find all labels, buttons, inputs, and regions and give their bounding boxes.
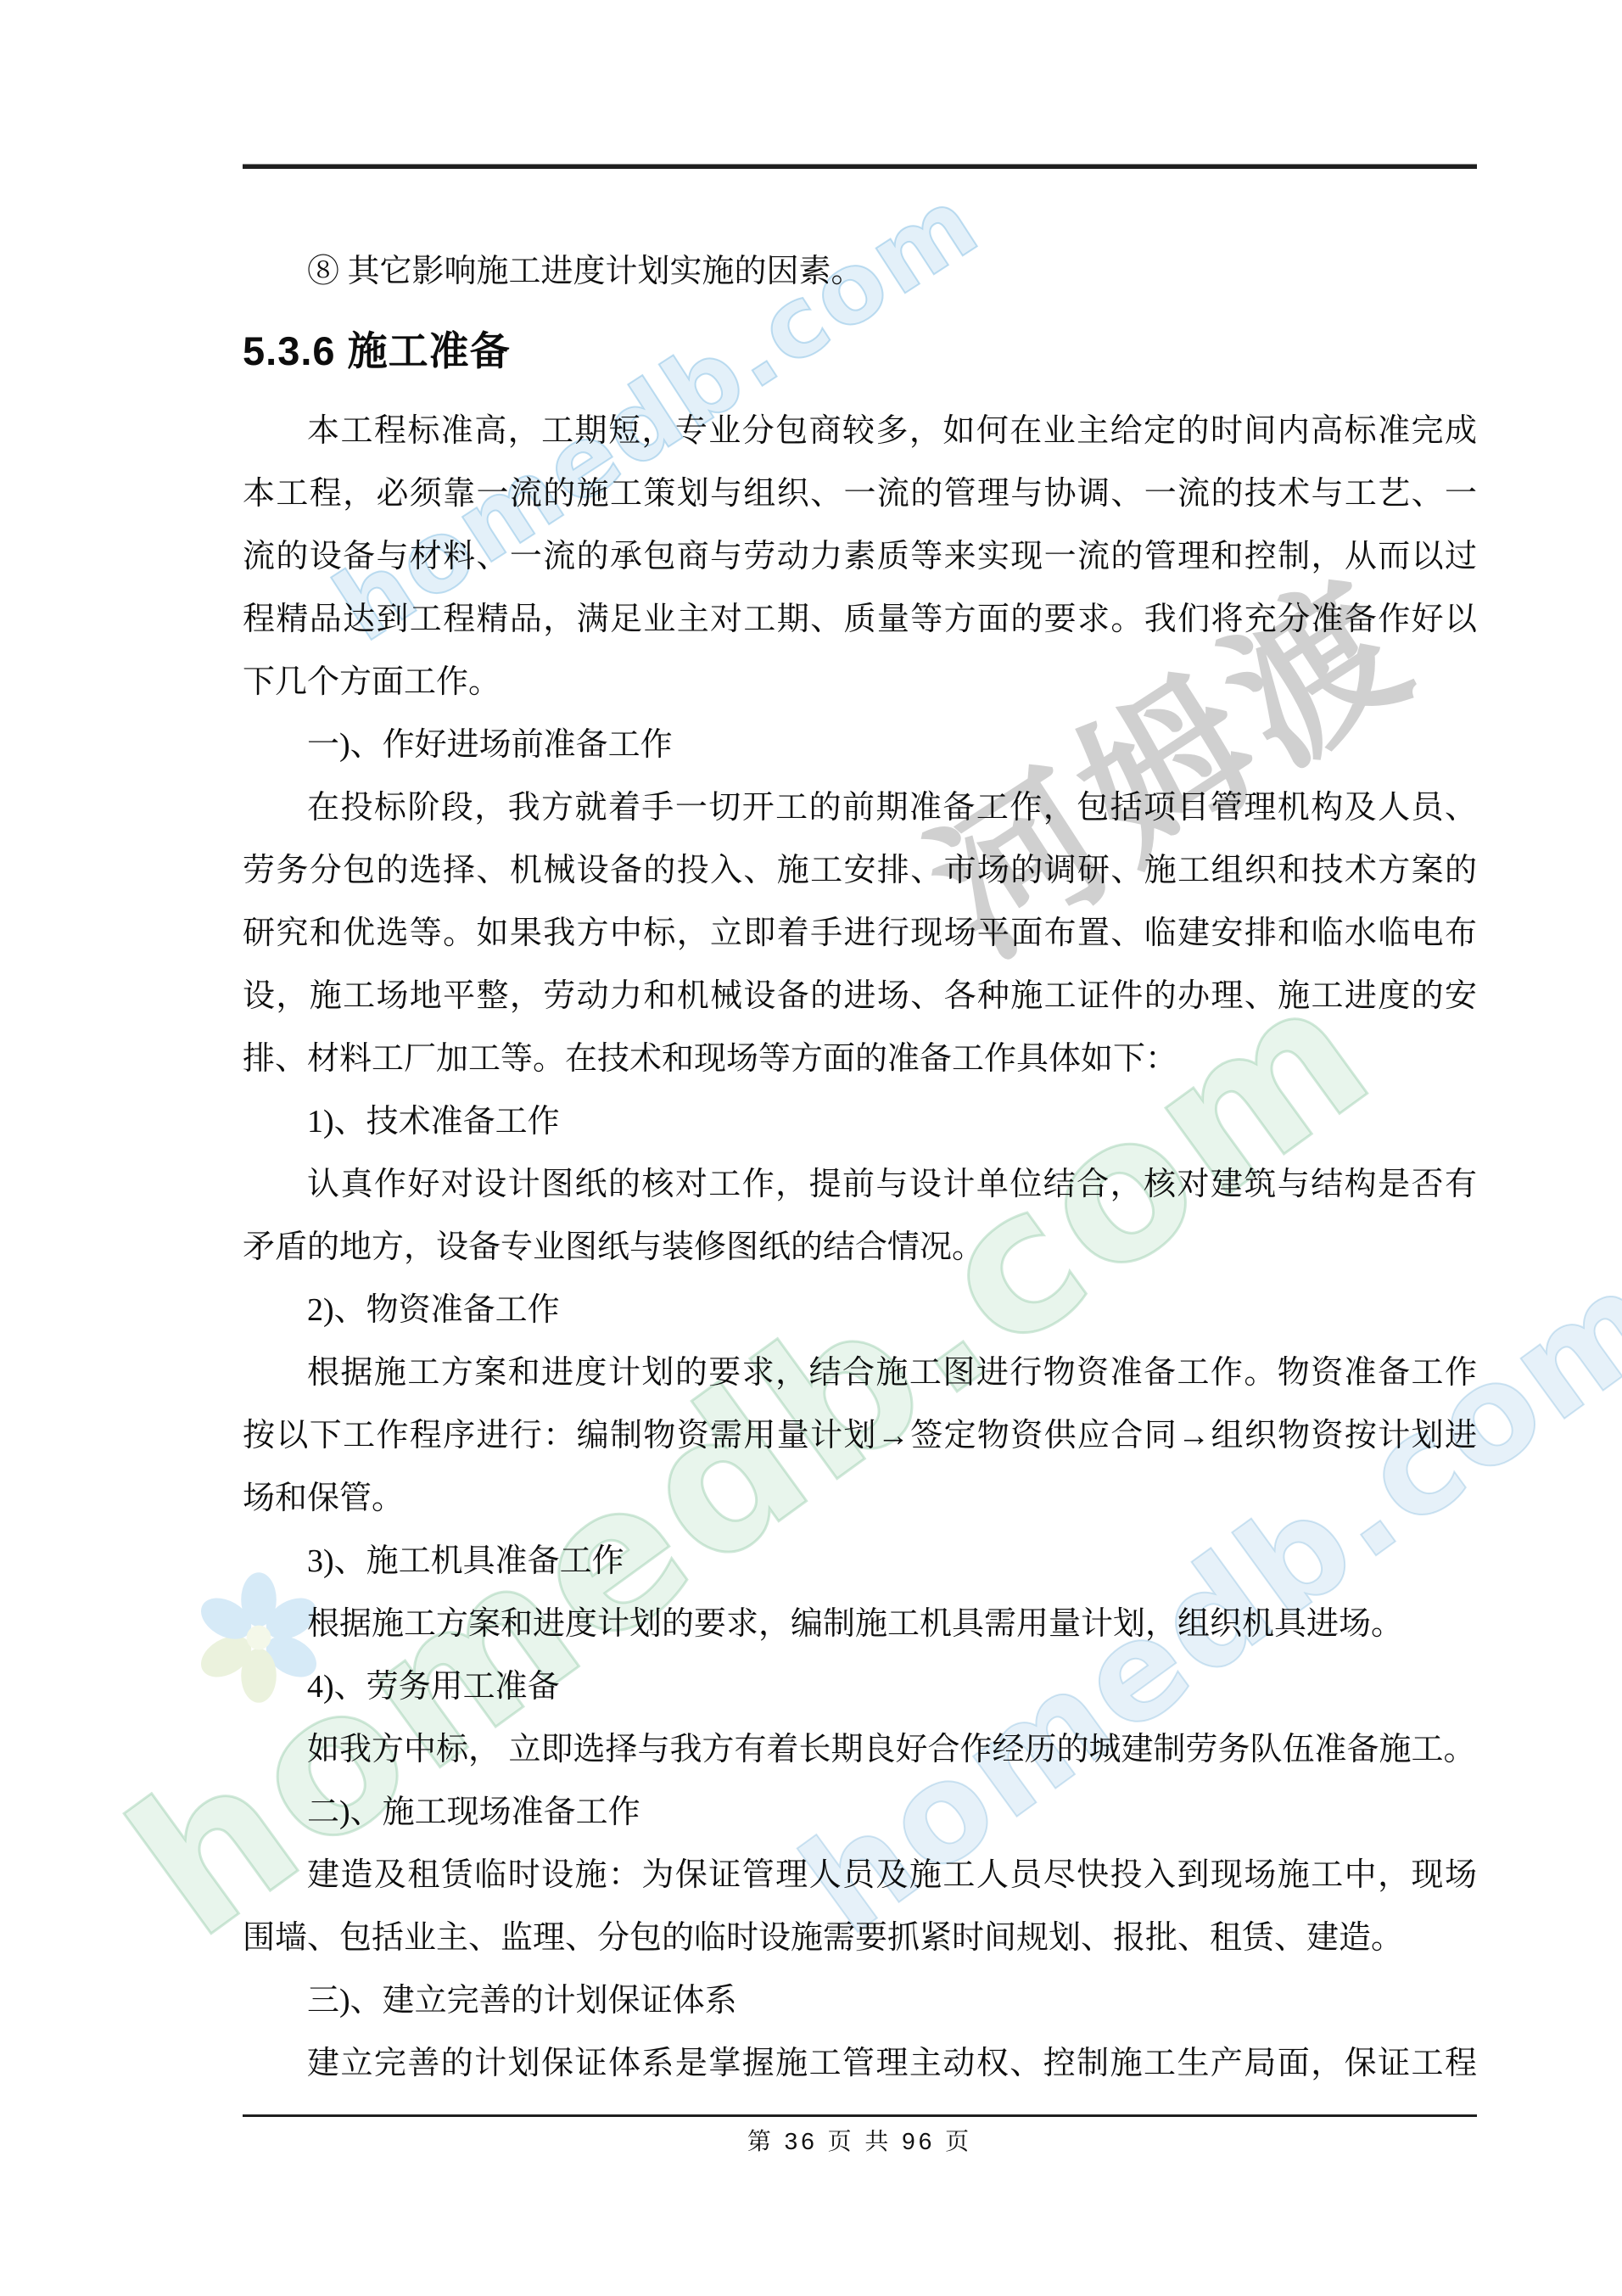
header-rule: [243, 164, 1477, 169]
text-line: 2)、物资准备工作: [243, 1279, 1477, 1341]
text-line: 流的设备与材料、一流的承包商与劳动力素质等来实现一流的管理和控制，从而以过: [243, 525, 1477, 588]
text-line: 本工程，必须靠一流的施工策划与组织、一流的管理与协调、一流的技术与工艺、一: [243, 462, 1477, 525]
text-line: 4)、劳务用工准备: [243, 1655, 1477, 1718]
document-body: ⑧ 其它影响施工进度计划实施的因素。5.3.6 施工准备本工程标准高，工期短，专…: [243, 240, 1477, 2095]
text-line: 一)、作好进场前准备工作: [243, 714, 1477, 776]
text-line: 研究和优选等。如果我方中标，立即着手进行现场平面布置、临建安排和临水临电布: [243, 902, 1477, 965]
text-line: 二)、施工现场准备工作: [243, 1781, 1477, 1844]
text-line: 1)、技术准备工作: [243, 1090, 1477, 1153]
text-line: 三)、建立完善的计划保证体系: [243, 1969, 1477, 2032]
text-line: 建造及租赁临时设施：为保证管理人员及施工人员尽快投入到现场施工中，现场: [243, 1844, 1477, 1907]
text-line: 劳务分包的选择、机械设备的投入、施工安排、市场的调研、施工组织和技术方案的: [243, 839, 1477, 902]
text-line: 设，施工场地平整，劳动力和机械设备的进场、各种施工证件的办理、施工进度的安: [243, 965, 1477, 1028]
text-line: 围墙、包括业主、监理、分包的临时设施需要抓紧时间规划、报批、租赁、建造。: [243, 1907, 1477, 1969]
text-line: 本工程标准高，工期短，专业分包商较多，如何在业主给定的时间内高标准完成: [243, 400, 1477, 462]
text-line: 在投标阶段，我方就着手一切开工的前期准备工作，包括项目管理机构及人员、: [243, 776, 1477, 839]
text-line: 如我方中标， 立即选择与我方有着长期良好合作经历的城建制劳务队伍准备施工。: [243, 1718, 1477, 1781]
page-number: 第 36 页 共 96 页: [747, 2128, 972, 2154]
text-line: 程精品达到工程精品，满足业主对工期、质量等方面的要求。我们将充分准备作好以: [243, 588, 1477, 651]
text-line: 排、材料工厂加工等。在技术和现场等方面的准备工作具体如下：: [243, 1028, 1477, 1090]
text-line: ⑧ 其它影响施工进度计划实施的因素。: [243, 240, 1477, 303]
text-line: 认真作好对设计图纸的核对工作，提前与设计单位结合，核对建筑与结构是否有: [243, 1153, 1477, 1216]
text-line: 下几个方面工作。: [243, 651, 1477, 714]
document-page: homedb.com 河姆渡 homedb.com homedb.com ⑧ 其…: [0, 0, 1622, 2296]
text-line: 3)、施工机具准备工作: [243, 1530, 1477, 1593]
text-line: 根据施工方案和进度计划的要求，结合施工图进行物资准备工作。物资准备工作: [243, 1341, 1477, 1404]
text-line: 按以下工作程序进行：编制物资需用量计划→签定物资供应合同→组织物资按计划进: [243, 1404, 1477, 1467]
page-footer: 第 36 页 共 96 页: [243, 2123, 1477, 2157]
text-line: 建立完善的计划保证体系是掌握施工管理主动权、控制施工生产局面，保证工程: [243, 2032, 1477, 2095]
text-line: 场和保管。: [243, 1467, 1477, 1530]
footer-rule: [243, 2114, 1477, 2117]
text-line: 矛盾的地方，设备专业图纸与装修图纸的结合情况。: [243, 1216, 1477, 1279]
section-heading: 5.3.6 施工准备: [243, 303, 1477, 400]
text-line: 根据施工方案和进度计划的要求，编制施工机具需用量计划，组织机具进场。: [243, 1593, 1477, 1655]
